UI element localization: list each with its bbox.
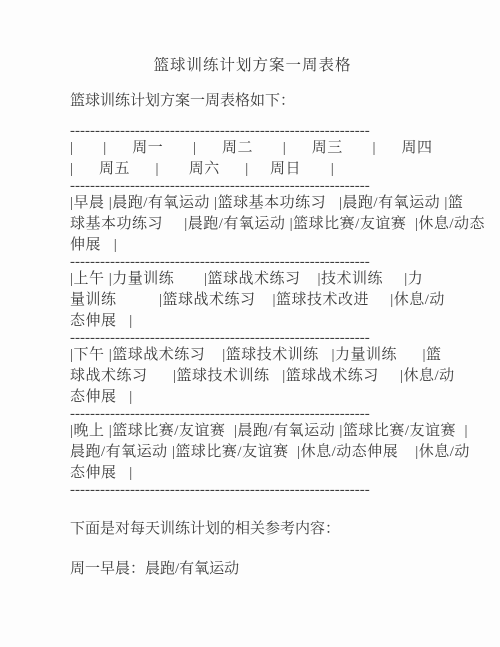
table-separator: ----------------------------------------…: [70, 332, 380, 345]
table-row-morning-line-3: 伸展 |: [70, 235, 440, 256]
table-row-evening-line-3: 态伸展 |: [70, 463, 440, 484]
table-row-evening-line-1: |晚上 |篮球比赛/友谊赛 |晨跑/有氧运动 |篮球比赛/友谊赛 |: [70, 421, 440, 442]
table-row-evening-line-2: 晨跑/有氧运动 |篮球比赛/友谊赛 |休息/动态伸展 |休息/动: [70, 442, 440, 463]
table-row-forenoon-line-3: 态伸展 |: [70, 311, 440, 332]
table-separator: ----------------------------------------…: [70, 125, 380, 138]
table-row-afternoon-line-2: 球战术练习 |篮球技术训练 |篮球战术练习 |休息/动: [70, 366, 440, 387]
table-row-morning-line-1: |早晨 |晨跑/有氧运动 |篮球基本功练习 |晨跑/有氧运动 |篮: [70, 193, 440, 214]
footer-note-paragraph: 下面是对每天训练计划的相关参考内容：: [70, 518, 440, 540]
document-page: 篮球训练计划方案一周表格 篮球训练计划方案一周表格如下： -----------…: [0, 0, 500, 647]
table-separator: ----------------------------------------…: [70, 256, 380, 269]
table-row-forenoon-line-2: 量训练 |篮球战术练习 |篮球技术改进 |休息/动: [70, 290, 440, 311]
table-row-afternoon-line-1: |下午 |篮球战术练习 |篮球技术训练 |力量训练 |篮: [70, 345, 440, 366]
table-row-morning-line-2: 球基本功练习 |晨跑/有氧运动 |篮球比赛/友谊赛 |休息/动态: [70, 214, 440, 235]
table-header-line-1: | | 周一 | 周二 | 周三 | 周四: [70, 138, 440, 159]
document-title: 篮球训练计划方案一周表格: [65, 56, 440, 76]
intro-paragraph: 篮球训练计划方案一周表格如下：: [70, 90, 440, 112]
table-separator: ----------------------------------------…: [70, 484, 380, 497]
weekly-schedule-table: ----------------------------------------…: [70, 125, 440, 497]
table-row-afternoon-line-3: 态伸展 |: [70, 387, 440, 408]
table-separator: ----------------------------------------…: [70, 180, 380, 193]
table-row-forenoon-line-1: |上午 |力量训练 |篮球战术练习 |技术训练 |力: [70, 269, 440, 290]
table-header-line-2: | 周五 | 周六 | 周日 |: [70, 159, 440, 180]
footer-detail-paragraph: 周一早晨：晨跑/有氧运动: [70, 558, 440, 580]
table-separator: ----------------------------------------…: [70, 408, 380, 421]
